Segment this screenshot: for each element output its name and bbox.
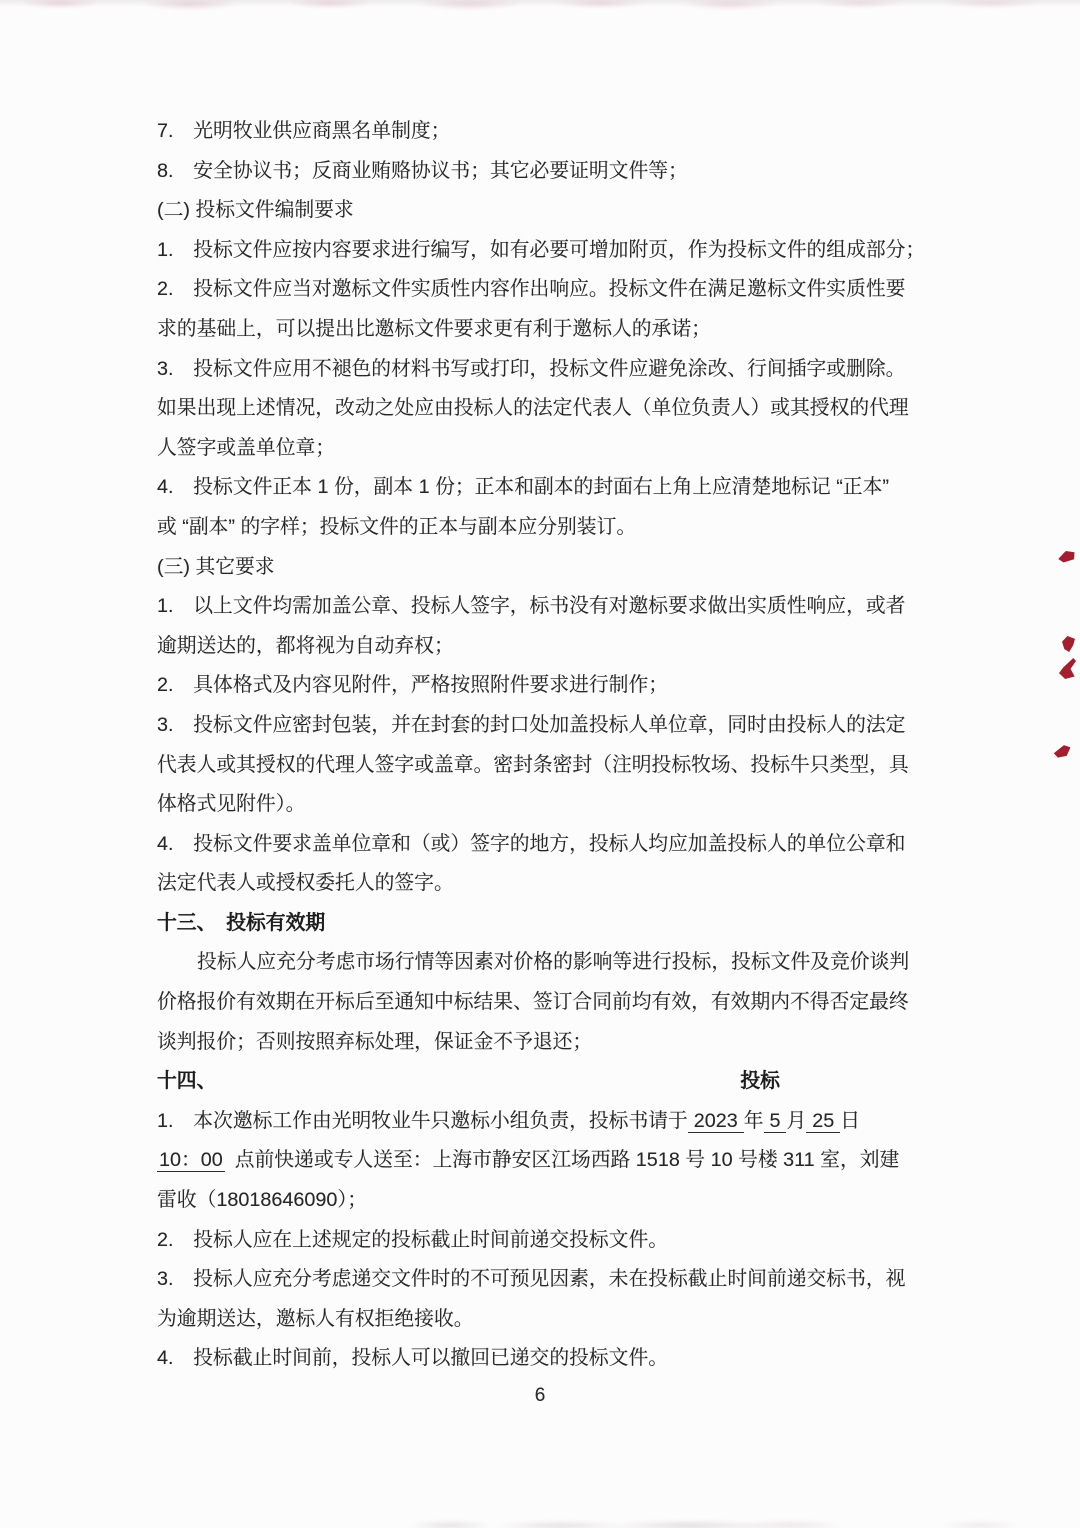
text-run: 3. 投标文件应用不褪色的材料书写或打印，投标文件应避免涂改、行间插字或删除。: [157, 358, 905, 380]
scanned-document-page: { "annotations": { "ink_color": "#a31e2e…: [0, 0, 1080, 1528]
doc-line: 求的基础上，可以提出比邀标文件要求更有利于邀标人的承诺；: [157, 310, 937, 350]
doc-line: 体格式见附件）。: [157, 785, 937, 825]
text-run: 年: [744, 1110, 764, 1132]
text-run: (三) 其它要求: [157, 556, 275, 578]
text-run: 如果出现上述情况，改动之处应由投标人的法定代表人（单位负责人）或其授权的代理: [157, 397, 909, 419]
text-run: 法定代表人或授权委托人的签字。: [157, 872, 454, 894]
text-run: 求的基础上，可以提出比邀标文件要求更有利于邀标人的承诺；: [157, 318, 711, 340]
doc-line: 逾期送达的，都将视为自动弃权；: [157, 627, 937, 667]
bottom-edge-smudge: [0, 1510, 1080, 1528]
text-run: 谈判报价；否则按照弃标处理，保证金不予退还；: [157, 1031, 592, 1053]
doc-line: 2. 具体格式及内容见附件，严格按照附件要求进行制作；: [157, 666, 937, 706]
doc-line: 3. 投标文件应用不褪色的材料书写或打印，投标文件应避免涂改、行间插字或删除。: [157, 350, 937, 390]
red-ink-mark: [1057, 550, 1075, 563]
text-run: 8. 安全协议书；反商业贿赂协议书；其它必要证明文件等；: [157, 160, 688, 182]
text-run: 人签字或盖单位章；: [157, 437, 335, 459]
text-run: 十四、: [157, 1070, 216, 1092]
text-run: 2. 投标文件应当对邀标文件实质性内容作出响应。投标文件在满足邀标文件实质性要: [157, 278, 905, 300]
doc-line: 4. 投标文件正本 1 份，副本 1 份；正本和副本的封面右上角上应清楚地标记 …: [157, 468, 937, 508]
text-run: 点前快递或专人送至：上海市静安区江场西路 1518 号 10 号楼 311 室，…: [225, 1149, 900, 1171]
text-run: 2. 投标人应在上述规定的投标截止时间前递交投标文件。: [157, 1229, 668, 1251]
underlined-text-run: 25: [806, 1110, 840, 1133]
doc-line: 法定代表人或授权委托人的签字。: [157, 864, 937, 904]
doc-line: 4. 投标截止时间前，投标人可以撤回已递交的投标文件。: [157, 1339, 937, 1379]
text-run: 或 “副本” 的字样；投标文件的正本与副本应分别装订。: [157, 516, 636, 538]
text-run: 为逾期送达，邀标人有权拒绝接收。: [157, 1308, 474, 1330]
doc-line: 谈判报价；否则按照弃标处理，保证金不予退还；: [157, 1023, 937, 1063]
text-run: 1. 以上文件均需加盖公章、投标人签字，标书没有对邀标要求做出实质性响应，或者: [157, 595, 905, 617]
red-ink-mark: [1053, 744, 1070, 759]
text-run: (二) 投标文件编制要求: [157, 199, 354, 221]
doc-line: 3. 投标人应充分考虑递交文件时的不可预见因素，未在投标截止时间前递交标书，视: [157, 1260, 937, 1300]
text-run: 2. 具体格式及内容见附件，严格按照附件要求进行制作；: [157, 674, 668, 696]
doc-line: (二) 投标文件编制要求: [157, 191, 937, 231]
doc-line: 人签字或盖单位章；: [157, 429, 937, 469]
doc-line: 1. 以上文件均需加盖公章、投标人签字，标书没有对邀标要求做出实质性响应，或者: [157, 587, 937, 627]
page-number: 6: [0, 1378, 1080, 1414]
underlined-text-run: 10：00: [157, 1149, 225, 1172]
text-run: 体格式见附件）。: [157, 793, 305, 815]
underlined-text-run: 2023: [688, 1110, 744, 1133]
text-run: 4. 投标截止时间前，投标人可以撤回已递交的投标文件。: [157, 1347, 668, 1369]
document-text-block: 7. 光明牧业供应商黑名单制度；8. 安全协议书；反商业贿赂协议书；其它必要证明…: [157, 112, 937, 1379]
red-ink-mark: [1059, 658, 1076, 679]
text-run: 月: [786, 1110, 806, 1132]
text-run: 3. 投标人应充分考虑递交文件时的不可预见因素，未在投标截止时间前递交标书，视: [157, 1268, 905, 1290]
text-run: 4. 投标文件要求盖单位章和（或）签字的地方，投标人均应加盖投标人的单位公章和: [157, 833, 905, 855]
doc-line: 2. 投标人应在上述规定的投标截止时间前递交投标文件。: [157, 1221, 937, 1261]
top-edge-ink-smudge: [0, 0, 1080, 20]
text-run: 7. 光明牧业供应商黑名单制度；: [157, 120, 450, 142]
text-run: 价格报价有效期在开标后至通知中标结果、签订合同前均有效，有效期内不得否定最终: [157, 991, 909, 1013]
doc-line: 1. 本次邀标工作由光明牧业牛只邀标小组负责，投标书请于 2023 年 5 月 …: [157, 1102, 937, 1142]
doc-line: 7. 光明牧业供应商黑名单制度；: [157, 112, 937, 152]
text-run: 逾期送达的，都将视为自动弃权；: [157, 635, 454, 657]
doc-line: 价格报价有效期在开标后至通知中标结果、签订合同前均有效，有效期内不得否定最终: [157, 983, 937, 1023]
text-run: 日: [840, 1110, 860, 1132]
text-run: 十三、 投标有效期: [157, 912, 325, 934]
doc-line: 代表人或其授权的代理人签字或盖章。密封条密封（注明投标牧场、投标牛只类型，具: [157, 746, 937, 786]
doc-line: 1. 投标文件应按内容要求进行编写，如有必要可增加附页，作为投标文件的组成部分；: [157, 231, 937, 271]
text-run: 1. 投标文件应按内容要求进行编写，如有必要可增加附页，作为投标文件的组成部分；: [157, 239, 925, 261]
doc-line: 十三、 投标有效期: [157, 904, 937, 944]
doc-line: 4. 投标文件要求盖单位章和（或）签字的地方，投标人均应加盖投标人的单位公章和: [157, 825, 937, 865]
text-run: 3. 投标文件应密封包装，并在封套的封口处加盖投标人单位章，同时由投标人的法定: [157, 714, 905, 736]
text-run: 1. 本次邀标工作由光明牧业牛只邀标小组负责，投标书请于: [157, 1110, 688, 1132]
doc-line: 十四、投标: [157, 1062, 937, 1102]
doc-line: 3. 投标文件应密封包装，并在封套的封口处加盖投标人单位章，同时由投标人的法定: [157, 706, 937, 746]
text-run: 代表人或其授权的代理人签字或盖章。密封条密封（注明投标牧场、投标牛只类型，具: [157, 754, 909, 776]
doc-line: 如果出现上述情况，改动之处应由投标人的法定代表人（单位负责人）或其授权的代理: [157, 389, 937, 429]
doc-line: 8. 安全协议书；反商业贿赂协议书；其它必要证明文件等；: [157, 152, 937, 192]
text-run: 4. 投标文件正本 1 份，副本 1 份；正本和副本的封面右上角上应清楚地标记 …: [157, 476, 889, 498]
red-ink-mark: [1062, 636, 1075, 652]
doc-line: 2. 投标文件应当对邀标文件实质性内容作出响应。投标文件在满足邀标文件实质性要: [157, 270, 937, 310]
doc-line: 或 “副本” 的字样；投标文件的正本与副本应分别装订。: [157, 508, 937, 548]
doc-line: 投标人应充分考虑市场行情等因素对价格的影响等进行投标，投标文件及竞价谈判: [157, 943, 937, 983]
text-run: 雷收（18018646090）；: [157, 1189, 367, 1211]
underlined-text-run: 5: [764, 1110, 787, 1133]
text-run: 投标: [216, 1070, 780, 1092]
text-run: 投标人应充分考虑市场行情等因素对价格的影响等进行投标，投标文件及竞价谈判: [197, 951, 909, 973]
doc-line: 雷收（18018646090）；: [157, 1181, 937, 1221]
doc-line: 为逾期送达，邀标人有权拒绝接收。: [157, 1300, 937, 1340]
doc-line: (三) 其它要求: [157, 548, 937, 588]
doc-line: 10：00 点前快递或专人送至：上海市静安区江场西路 1518 号 10 号楼 …: [157, 1141, 937, 1181]
